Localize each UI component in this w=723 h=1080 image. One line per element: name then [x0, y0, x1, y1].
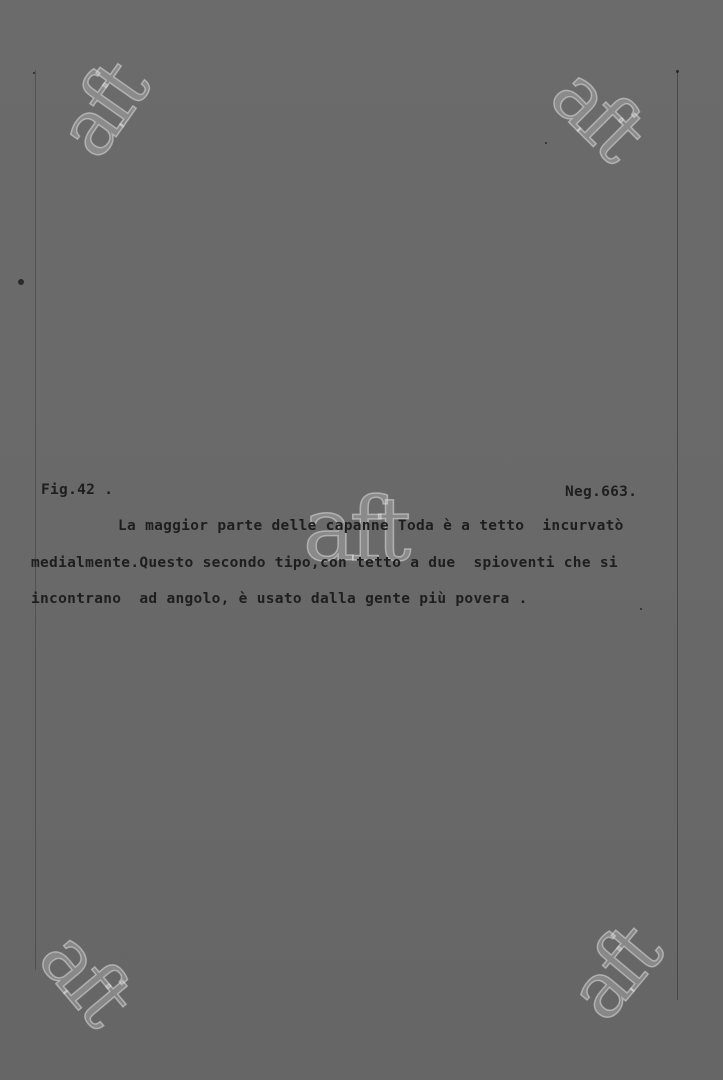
scanned-document-page: aft aft aft aft aft Fig.42 . Neg.663. La…	[0, 0, 723, 1080]
watermark-bottom-right: aft	[556, 915, 673, 1033]
negative-number: Neg.663.	[565, 484, 637, 500]
ink-speck	[33, 72, 35, 74]
page-edge-right	[677, 70, 678, 1000]
caption-line-1: La maggior parte delle capanne Toda è a …	[118, 518, 624, 534]
watermark-bottom-left: aft	[26, 918, 143, 1036]
page-edge-left	[35, 70, 36, 970]
ink-speck	[545, 142, 547, 144]
ink-speck	[18, 279, 24, 285]
caption-line-2: medialmente.Questo secondo tipo,con tett…	[31, 555, 618, 571]
figure-label: Fig.42 .	[41, 482, 113, 498]
watermark-top-left: aft	[45, 52, 160, 169]
caption-line-3: incontrano ad angolo, è usato dalla gent…	[31, 591, 528, 607]
ink-speck	[640, 608, 642, 610]
watermark-top-right: aft	[537, 54, 655, 172]
ink-speck	[676, 70, 679, 73]
